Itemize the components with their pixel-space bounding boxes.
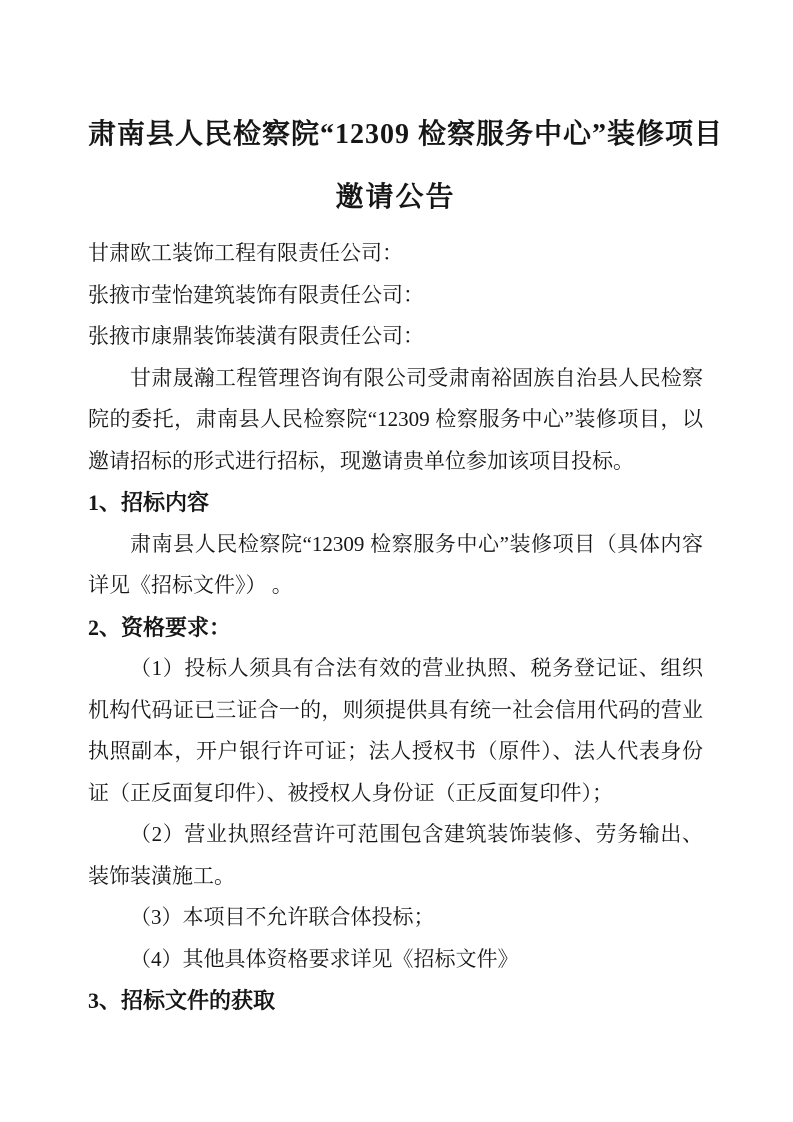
section-2-paragraph-4: （4）其他具体资格要求详见《招标文件》	[88, 939, 703, 981]
recipient-line-3: 张掖市康鼎装饰装潢有限责任公司：	[88, 316, 703, 358]
section-2-paragraph-1: （1）投标人须具有合法有效的营业执照、税务登记证、组织机构代码证已三证合一的，则…	[88, 648, 703, 814]
section-1-paragraph-1: 肃南县人民检察院“12309 检察服务中心”装修项目（具体内容详见《招标文件》）…	[88, 524, 703, 607]
document-page: 肃南县人民检察院“12309 检察服务中心”装修项目 邀请公告 甘肃欧工装饰工程…	[0, 0, 793, 1122]
section-2-paragraph-3: （3）本项目不允许联合体投标；	[88, 897, 703, 939]
document-content: 肃南县人民检察院“12309 检察服务中心”装修项目 邀请公告 甘肃欧工装饰工程…	[0, 0, 793, 1022]
recipient-line-2: 张掖市莹怡建筑装饰有限责任公司：	[88, 275, 703, 317]
intro-paragraph: 甘肃晟瀚工程管理咨询有限公司受肃南裕固族自治县人民检察院的委托，肃南县人民检察院…	[88, 358, 703, 483]
section-2-heading: 2、资格要求：	[88, 607, 703, 649]
recipient-line-1: 甘肃欧工装饰工程有限责任公司：	[88, 233, 703, 275]
document-body: 甘肃欧工装饰工程有限责任公司： 张掖市莹怡建筑装饰有限责任公司： 张掖市康鼎装饰…	[88, 233, 703, 1022]
section-3-heading: 3、招标文件的获取	[88, 980, 703, 1022]
section-1-heading: 1、招标内容	[88, 482, 703, 524]
document-title-block: 肃南县人民检察院“12309 检察服务中心”装修项目 邀请公告	[88, 0, 703, 217]
document-title-line-1: 肃南县人民检察院“12309 检察服务中心”装修项目	[88, 116, 703, 154]
document-title-line-2: 邀请公告	[88, 179, 703, 217]
section-2-paragraph-2: （2）营业执照经营许可范围包含建筑装饰装修、劳务输出、装饰装潢施工。	[88, 814, 703, 897]
